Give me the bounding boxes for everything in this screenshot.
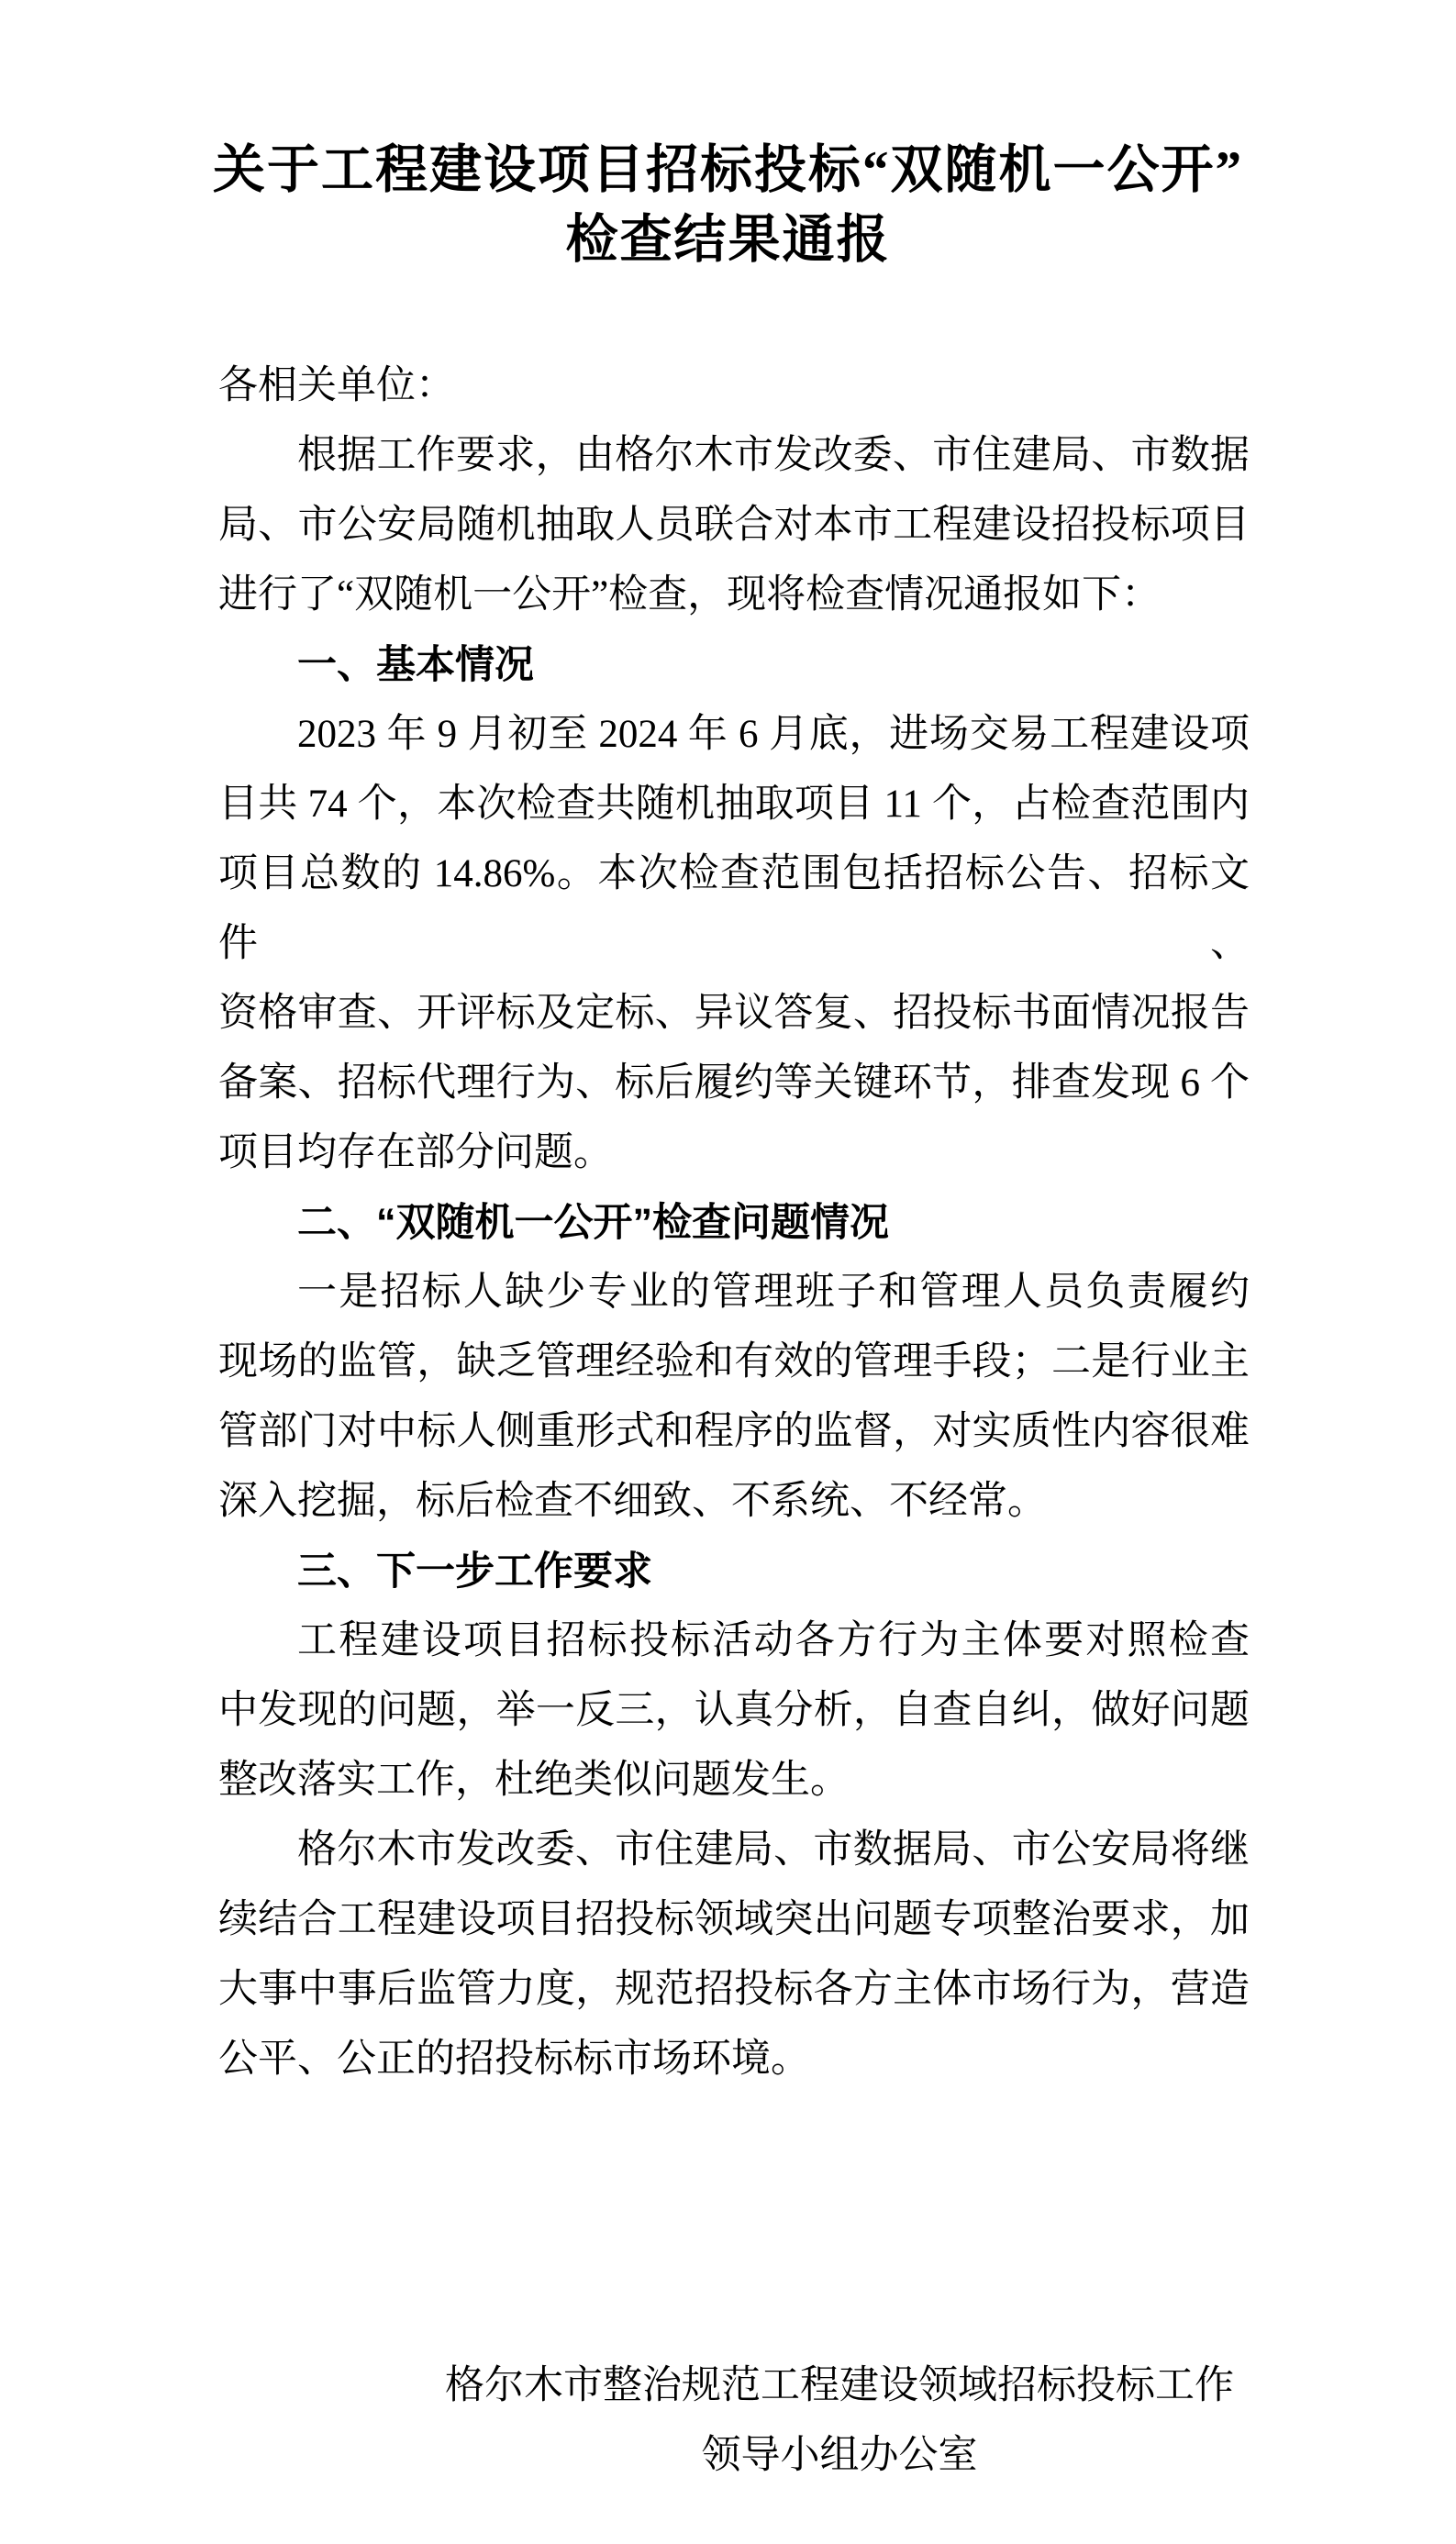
body-line: 项目均存在部分问题。 (218, 1118, 1250, 1188)
body-line: 根据工作要求，由格尔木市发改委、市住建局、市数据 (218, 421, 1250, 491)
body-line: 深入挖掘，标后检查不细致、不系统、不经常。 (218, 1467, 1250, 1537)
document-body: 各相关单位：根据工作要求，由格尔木市发改委、市住建局、市数据局、市公安局随机抽取… (218, 351, 1250, 2094)
body-line: 大事中事后监管力度，规范招投标各方主体市场行为，营造 (218, 1955, 1250, 2025)
body-line: 局、市公安局随机抽取人员联合对本市工程建设招投标项目 (218, 491, 1250, 561)
title-line-2: 检查结果通报 (101, 206, 1355, 275)
body-line: 工程建设项目招标投标活动各方行为主体要对照检查 (218, 1606, 1250, 1676)
body-line: 公平、公正的招投标标市场环境。 (218, 2025, 1250, 2094)
body-line: 续结合工程建设项目招投标领域突出问题专项整治要求，加 (218, 1885, 1250, 1955)
body-line: 现场的监管，缺乏管理经验和有效的管理手段；二是行业主 (218, 1328, 1250, 1397)
body-line: 一是招标人缺少专业的管理班子和管理人员负责履约 (218, 1258, 1250, 1328)
body-line: 项目总数的 14.86%。本次检查范围包括招标公告、招标文件、 (218, 839, 1250, 979)
body-line: 格尔木市发改委、市住建局、市数据局、市公安局将继 (218, 1816, 1250, 1885)
signature-line-1: 格尔木市整治规范工程建设领域招标投标工作 (429, 2351, 1250, 2421)
signature-line-2: 领导小组办公室 (429, 2421, 1250, 2491)
document-title: 关于工程建设项目招标投标“双随机一公开” 检查结果通报 (101, 136, 1355, 275)
title-line-1: 关于工程建设项目招标投标“双随机一公开” (101, 136, 1355, 206)
body-line: 整改落实工作，杜绝类似问题发生。 (218, 1746, 1250, 1816)
body-line: 管部门对中标人侧重形式和程序的监督，对实质性内容很难 (218, 1397, 1250, 1467)
body-line: 资格审查、开评标及定标、异议答复、招投标书面情况报告 (218, 979, 1250, 1049)
body-line: 中发现的问题，举一反三，认真分析，自查自纠，做好问题 (218, 1676, 1250, 1746)
body-line: 进行了“双随机一公开”检查，现将检查情况通报如下： (218, 561, 1250, 630)
body-line: 2023 年 9 月初至 2024 年 6 月底，进场交易工程建设项 (218, 700, 1250, 770)
body-line: 各相关单位： (218, 351, 1250, 421)
section-heading: 二、“双随机一公开”检查问题情况 (218, 1188, 1250, 1258)
signature-block: 格尔木市整治规范工程建设领域招标投标工作 领导小组办公室 (218, 2351, 1250, 2491)
section-heading: 三、下一步工作要求 (218, 1537, 1250, 1606)
section-heading: 一、基本情况 (218, 630, 1250, 700)
document-page: 关于工程建设项目招标投标“双随机一公开” 检查结果通报 各相关单位：根据工作要求… (0, 0, 1456, 2544)
body-line: 备案、招标代理行为、标后履约等关键环节，排查发现 6 个 (218, 1049, 1250, 1118)
body-line: 目共 74 个，本次检查共随机抽取项目 11 个，占检查范围内 (218, 770, 1250, 839)
